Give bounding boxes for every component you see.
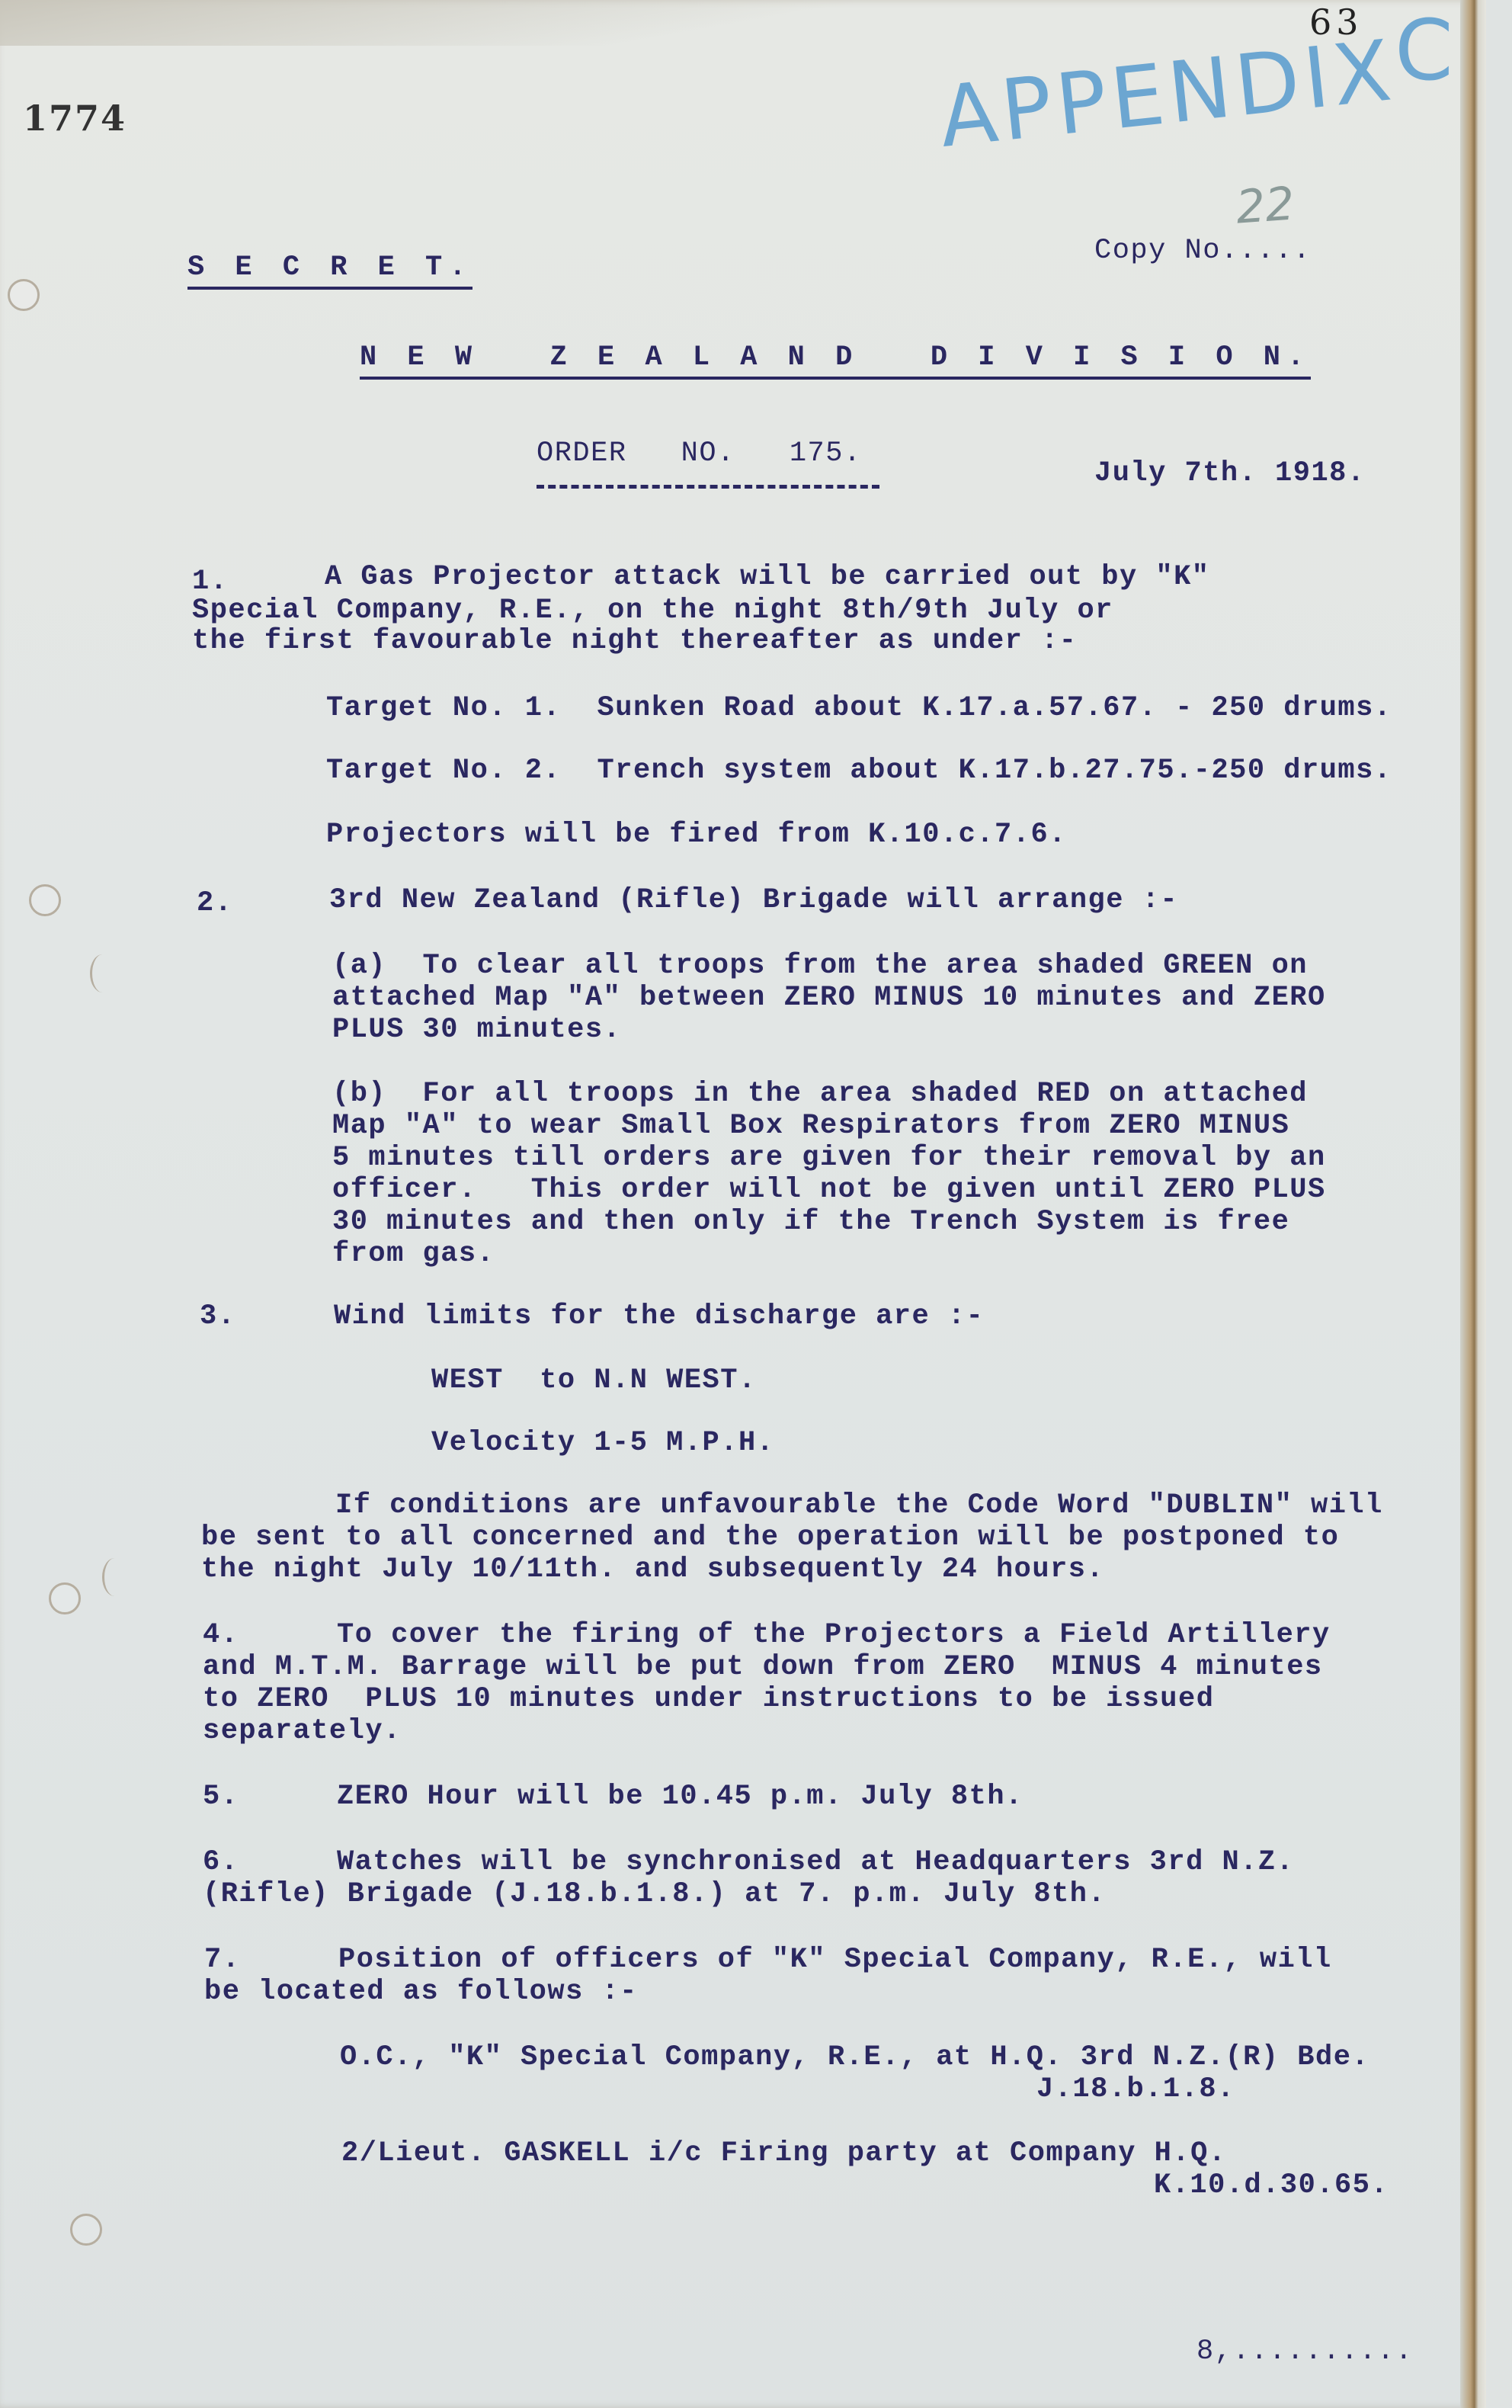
paragraph-line: Position of officers of "K" Special Comp… xyxy=(338,1944,1332,1976)
paragraph-number: 6. xyxy=(203,1846,239,1878)
order-date: July 7th. 1918. xyxy=(1094,457,1366,489)
paragraph-line: If conditions are unfavourable the Code … xyxy=(335,1489,1383,1521)
sub-item-b-line: (b) For all troops in the area shaded RE… xyxy=(332,1078,1308,1110)
paragraph-number: 2. xyxy=(197,887,232,919)
target-2: Target No. 2. Trench system about K.17.b… xyxy=(326,755,1392,787)
zero-hour-line: ZERO Hour will be 10.45 p.m. July 8th. xyxy=(337,1781,1023,1813)
paragraph-number: 4. xyxy=(203,1619,239,1651)
officer-position-grid-ref: K.10.d.30.65. xyxy=(1154,2169,1389,2201)
paragraph-line: the first favourable night thereafter as… xyxy=(192,625,1077,657)
classification-heading: S E C R E T. xyxy=(187,252,472,290)
paragraph-number: 7. xyxy=(204,1944,240,1976)
order-title-underline xyxy=(537,485,879,489)
paragraph-number: 3. xyxy=(200,1300,235,1332)
punch-hole xyxy=(29,884,61,916)
wind-direction: WEST to N.N WEST. xyxy=(431,1364,757,1396)
paragraph-line: 3rd New Zealand (Rifle) Brigade will arr… xyxy=(329,884,1178,916)
paragraph-line: to ZERO PLUS 10 minutes under instructio… xyxy=(203,1683,1214,1715)
punch-hole xyxy=(8,279,40,311)
paragraph-line: Watches will be synchronised at Headquar… xyxy=(337,1846,1294,1878)
paragraph-line: (Rifle) Brigade (J.18.b.1.8.) at 7. p.m.… xyxy=(203,1878,1106,1910)
paragraph-line: and M.T.M. Barrage will be put down from… xyxy=(203,1651,1323,1683)
copy-number-handwritten: 22 xyxy=(1235,177,1296,234)
officer-position-grid-ref: J.18.b.1.8. xyxy=(1036,2073,1235,2105)
continuation-marker: 8,.......... xyxy=(1196,2336,1413,2368)
paragraph-line: Wind limits for the discharge are :- xyxy=(334,1300,984,1332)
officer-position-line: O.C., "K" Special Company, R.E., at H.Q.… xyxy=(340,2041,1369,2073)
appendix-letter: C xyxy=(1395,2,1453,99)
paragraph-line: be located as follows :- xyxy=(204,1976,638,2008)
paragraph-number: 1. xyxy=(192,566,228,598)
paragraph-line: separately. xyxy=(203,1715,402,1747)
appendix-annotation: APPENDIX xyxy=(935,21,1400,166)
projector-location: Projectors will be fired from K.10.c.7.6… xyxy=(326,819,1067,851)
sub-item-a-line: (a) To clear all troops from the area sh… xyxy=(332,950,1308,982)
order-title: ORDER NO. 175. xyxy=(537,438,862,470)
unit-heading: N E W Z E A L A N D D I V I S I O N. xyxy=(360,341,1311,380)
wind-velocity: Velocity 1-5 M.P.H. xyxy=(431,1427,774,1459)
sub-item-b-line: 5 minutes till orders are given for thei… xyxy=(332,1142,1326,1174)
sub-item-a-line: PLUS 30 minutes. xyxy=(332,1014,621,1046)
document-page: 63 1774 APPENDIX C 22 Copy No..... S E C… xyxy=(0,0,1486,2408)
paragraph-line: be sent to all concerned and the operati… xyxy=(201,1521,1339,1553)
paragraph-line: Special Company, R.E., on the night 8th/… xyxy=(192,595,1113,627)
punch-hole xyxy=(49,1582,81,1614)
sub-item-b-line: from gas. xyxy=(332,1238,495,1270)
sub-item-b-line: Map "A" to wear Small Box Respirators fr… xyxy=(332,1110,1289,1142)
sub-item-b-line: 30 minutes and then only if the Trench S… xyxy=(332,1206,1289,1238)
sub-item-b-line: officer. This order will not be given un… xyxy=(332,1174,1326,1206)
copy-number-label: Copy No..... xyxy=(1094,235,1311,267)
page-binding-edge xyxy=(1460,0,1486,2408)
punch-hole xyxy=(70,2214,102,2246)
page-fold-shadow xyxy=(0,0,991,46)
sub-item-a-line: attached Map "A" between ZERO MINUS 10 m… xyxy=(332,982,1326,1014)
paragraph-number: 5. xyxy=(203,1781,239,1813)
paragraph-line: To cover the firing of the Projectors a … xyxy=(337,1619,1331,1651)
punch-hole xyxy=(102,1558,127,1596)
file-number: 1774 xyxy=(23,98,127,139)
punch-hole xyxy=(90,954,115,992)
target-1: Target No. 1. Sunken Road about K.17.a.5… xyxy=(326,692,1392,724)
paragraph-line: the night July 10/11th. and subsequently… xyxy=(201,1553,1104,1586)
paragraph-line: A Gas Projector attack will be carried o… xyxy=(325,561,1209,593)
officer-position-line: 2/Lieut. GASKELL i/c Firing party at Com… xyxy=(341,2137,1226,2169)
